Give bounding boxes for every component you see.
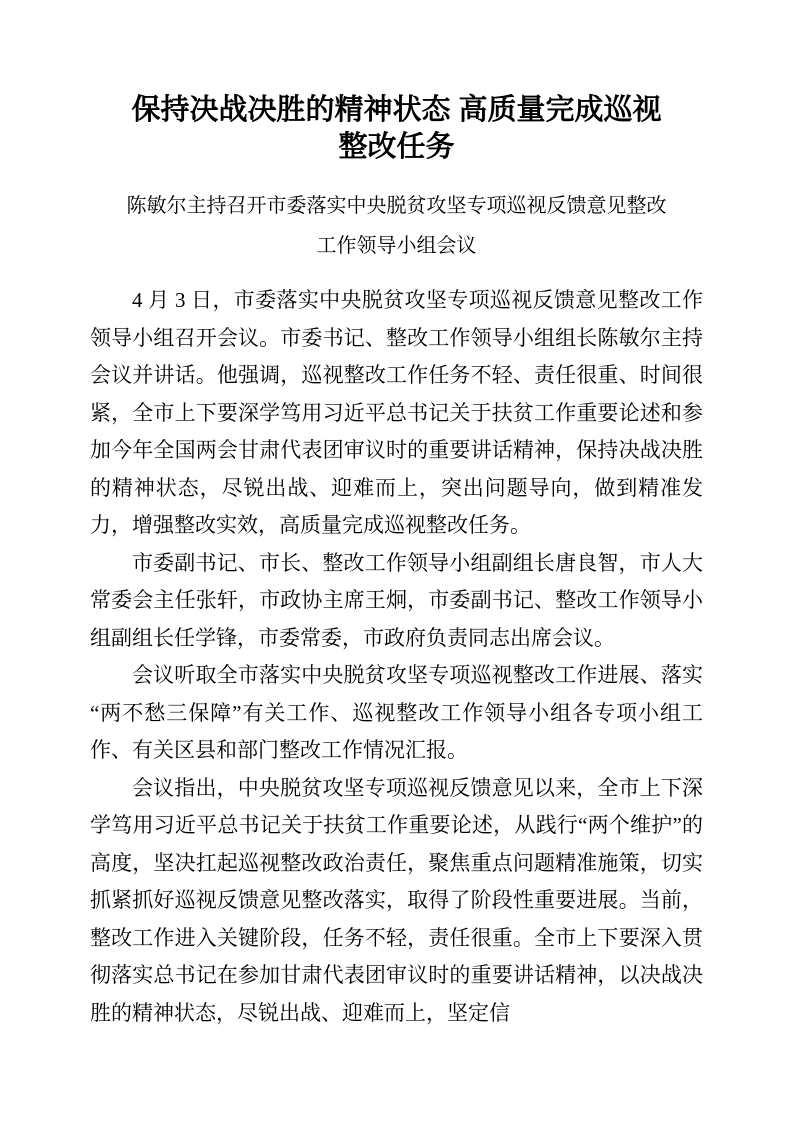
document-title-line-2: 整改任务 [90,129,703,166]
document-subtitle: 陈敏尔主持召开市委落实中央脱贫攻坚专项巡视反馈意见整改 工作领导小组会议 [90,186,703,266]
document-title: 保持决战决胜的精神状态 高质量完成巡视 整改任务 [90,92,703,166]
document-subtitle-line-2: 工作领导小组会议 [90,226,703,266]
paragraph: 会议听取全市落实中央脱贫攻坚专项巡视整改工作进展、落实“两不愁三保障”有关工作、… [90,657,703,770]
paragraph: 4 月 3 日，市委落实中央脱贫攻坚专项巡视反馈意见整改工作领导小组召开会议。市… [90,282,703,545]
document-title-line-1: 保持决战决胜的精神状态 高质量完成巡视 [90,92,703,129]
document-body: 4 月 3 日，市委落实中央脱贫攻坚专项巡视反馈意见整改工作领导小组召开会议。市… [90,282,703,1032]
document-page: 保持决战决胜的精神状态 高质量完成巡视 整改任务 陈敏尔主持召开市委落实中央脱贫… [0,0,793,1122]
paragraph: 会议指出，中央脱贫攻坚专项巡视反馈意见以来，全市上下深学笃用习近平总书记关于扶贫… [90,770,703,1033]
document-subtitle-line-1: 陈敏尔主持召开市委落实中央脱贫攻坚专项巡视反馈意见整改 [90,186,703,226]
paragraph: 市委副书记、市长、整改工作领导小组副组长唐良智，市人大常委会主任张轩，市政协主席… [90,545,703,658]
